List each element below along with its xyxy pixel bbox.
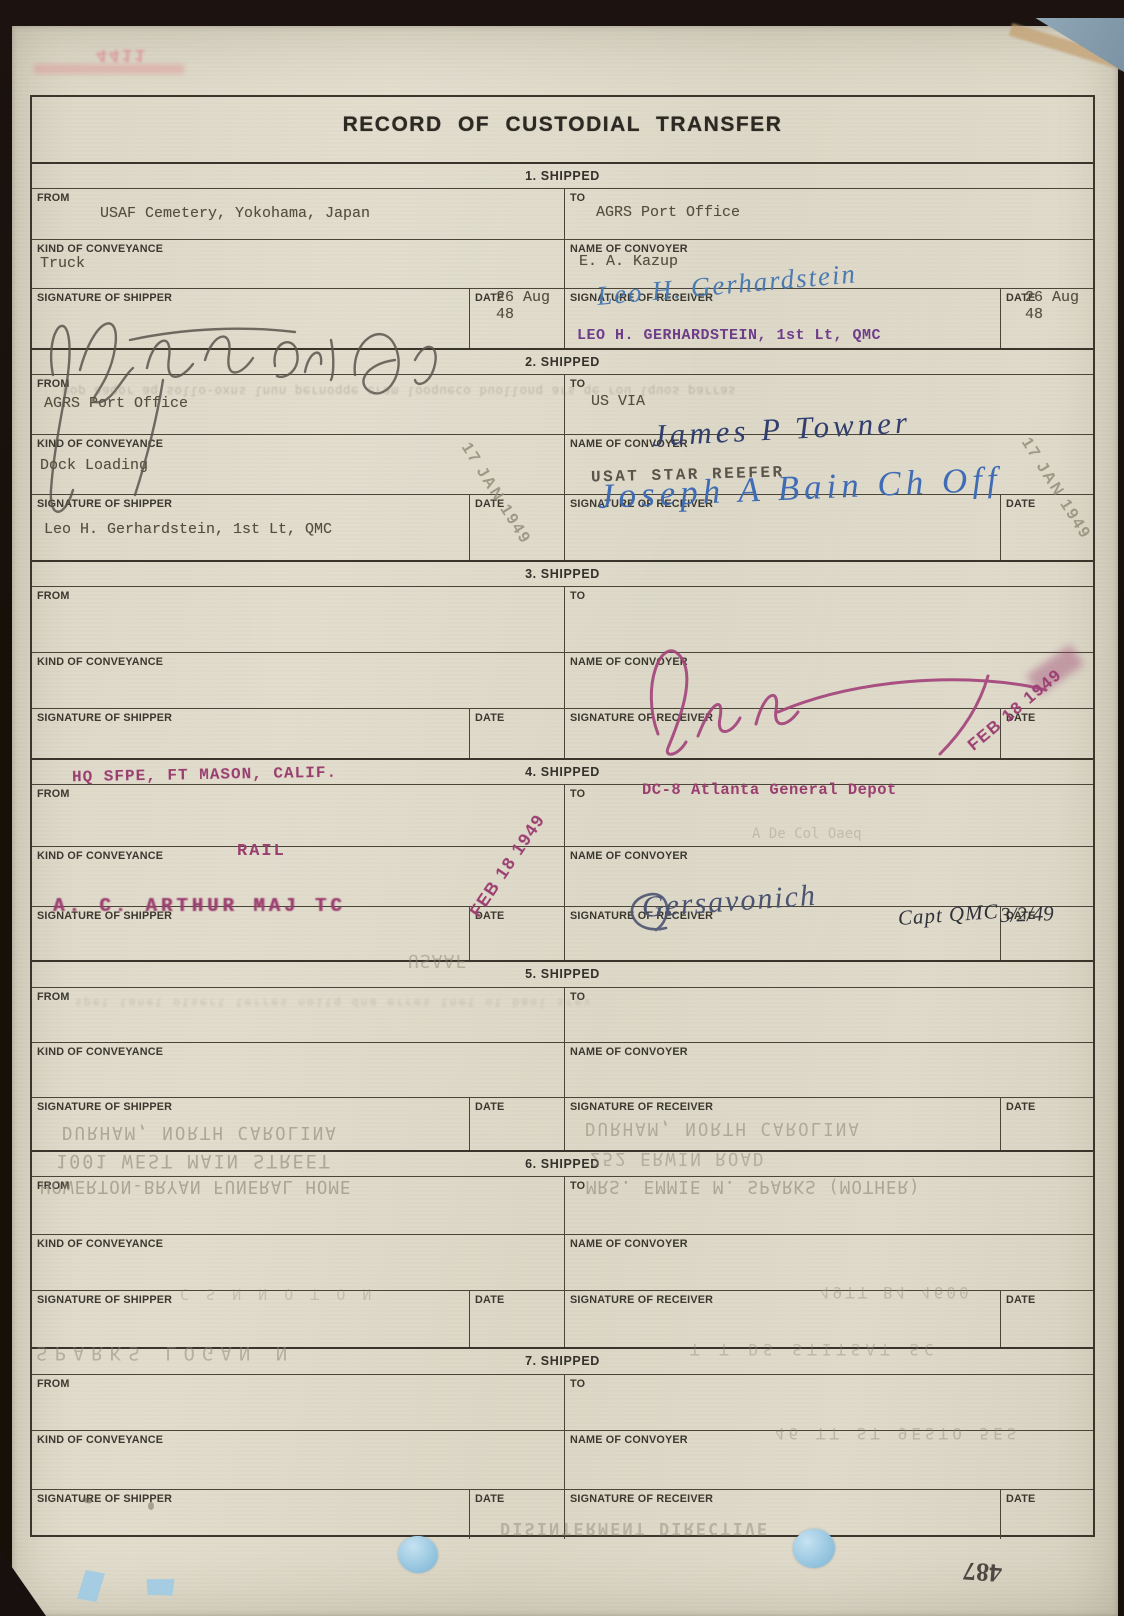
field-label-receiver: SIGNATURE OF RECEIVER — [570, 712, 713, 724]
cell-shipper: SIGNATURE OF SHIPPER — [32, 1490, 469, 1539]
cell-date: DATE26 Aug 48 — [1000, 289, 1097, 348]
cell-receiver: SIGNATURE OF RECEIVER — [564, 907, 1000, 960]
cell-shipper: SIGNATURE OF SHIPPER — [32, 1098, 469, 1150]
cell-date: DATE26 Aug 48 — [469, 289, 564, 348]
field-label-date: DATE — [475, 910, 504, 922]
row-conveyance: KIND OF CONVEYANCETruckNAME OF CONVOYERE… — [32, 239, 1093, 288]
cell-kind: KIND OF CONVEYANCE — [32, 1235, 564, 1290]
field-label-receiver: SIGNATURE OF RECEIVER — [570, 498, 713, 510]
cell-date: DATE — [469, 709, 564, 758]
field-label-receiver: SIGNATURE OF RECEIVER — [570, 1101, 713, 1113]
row-signatures: SIGNATURE OF SHIPPERDATESIGNATURE OF REC… — [32, 906, 1093, 960]
cell-date: DATE — [1000, 1490, 1097, 1539]
field-label-date: DATE — [475, 712, 504, 724]
section-5-header: 5. SHIPPED — [32, 960, 1093, 987]
field-label-convoyer: NAME OF CONVOYER — [570, 1434, 688, 1446]
field-label-shipper: SIGNATURE OF SHIPPER — [37, 1493, 172, 1505]
field-label-kind: KIND OF CONVEYANCE — [37, 656, 163, 668]
field-label-convoyer: NAME OF CONVOYER — [570, 1046, 688, 1058]
cell-date: DATE — [469, 1098, 564, 1150]
cell-convoyer: NAME OF CONVOYER — [564, 1431, 1097, 1489]
cell-kind: KIND OF CONVEYANCEDock Loading — [32, 435, 564, 494]
cell-to: TOAGRS Port Office — [564, 189, 1097, 239]
field-label-receiver: SIGNATURE OF RECEIVER — [570, 292, 713, 304]
field-label-to: TO — [570, 788, 585, 800]
field-label-from: FROM — [37, 991, 70, 1003]
cell-convoyer: NAME OF CONVOYER — [564, 435, 1097, 494]
cell-date: DATE — [1000, 1291, 1097, 1347]
field-label-to: TO — [570, 1180, 585, 1192]
field-label-from: FROM — [37, 378, 70, 390]
cell-date: DATE — [469, 495, 564, 560]
row-conveyance: KIND OF CONVEYANCENAME OF CONVOYER — [32, 1430, 1093, 1489]
field-label-date: DATE — [475, 1294, 504, 1306]
section-1-header: 1. SHIPPED — [32, 162, 1093, 188]
field-label-from: FROM — [37, 192, 70, 204]
cell-kind: KIND OF CONVEYANCE — [32, 1431, 564, 1489]
field-label-receiver: SIGNATURE OF RECEIVER — [570, 910, 713, 922]
field-label-date: DATE — [475, 1493, 504, 1505]
section-header-label: 3. SHIPPED — [525, 567, 600, 581]
field-label-date: DATE — [475, 498, 504, 510]
section-header-label: 6. SHIPPED — [525, 1157, 600, 1171]
field-label-to: TO — [570, 1378, 585, 1390]
field-label-kind: KIND OF CONVEYANCE — [37, 438, 163, 450]
field-label-date: DATE — [1006, 1101, 1035, 1113]
field-label-kind: KIND OF CONVEYANCE — [37, 850, 163, 862]
field-label-date: DATE — [1006, 712, 1035, 724]
cell-shipper: SIGNATURE OF SHIPPER — [32, 907, 469, 960]
field-label-to: TO — [570, 991, 585, 1003]
field-value-kind: Truck — [40, 255, 85, 272]
field-value-to: AGRS Port Office — [596, 204, 740, 221]
cell-from: FROMUSAF Cemetery, Yokohama, Japan — [32, 189, 564, 239]
cell-to: TO — [564, 785, 1097, 846]
field-label-date: DATE — [1006, 1294, 1035, 1306]
field-value-receiver_date: 26 Aug 48 — [1025, 289, 1079, 323]
field-label-date: DATE — [475, 1101, 504, 1113]
field-value-kind: Dock Loading — [40, 457, 148, 474]
cell-date: DATE — [1000, 709, 1097, 758]
cell-from: FROM — [32, 1177, 564, 1234]
section-6-header: 6. SHIPPED — [32, 1150, 1093, 1176]
field-label-kind: KIND OF CONVEYANCE — [37, 243, 163, 255]
cell-to: TOUS VIA — [564, 375, 1097, 434]
document-scan: RECORD OF CUSTODIAL TRANSFER 1. SHIPPEDF… — [0, 0, 1124, 1616]
field-label-from: FROM — [37, 1180, 70, 1192]
field-value-to: US VIA — [591, 393, 645, 410]
row-conveyance: KIND OF CONVEYANCEDock LoadingNAME OF CO… — [32, 434, 1093, 494]
row-signatures: SIGNATURE OF SHIPPERDATESIGNATURE OF REC… — [32, 1097, 1093, 1150]
cell-receiver: SIGNATURE OF RECEIVER — [564, 1490, 1000, 1539]
cell-receiver: SIGNATURE OF RECEIVER — [564, 289, 1000, 348]
cell-from: FROM — [32, 988, 564, 1042]
cell-kind: KIND OF CONVEYANCE — [32, 847, 564, 906]
field-label-to: TO — [570, 590, 585, 602]
row-signatures: SIGNATURE OF SHIPPERDATESIGNATURE OF REC… — [32, 1489, 1093, 1539]
field-label-to: TO — [570, 378, 585, 390]
field-value-shipper: Leo H. Gerhardstein, 1st Lt, QMC — [44, 521, 332, 538]
cell-date: DATE — [1000, 495, 1097, 560]
cell-shipper: SIGNATURE OF SHIPPER — [32, 709, 469, 758]
field-label-convoyer: NAME OF CONVOYER — [570, 438, 688, 450]
section-4-header: 4. SHIPPED — [32, 758, 1093, 784]
cell-shipper: SIGNATURE OF SHIPPER — [32, 1291, 469, 1347]
row-from-to: FROMUSAF Cemetery, Yokohama, JapanTOAGRS… — [32, 188, 1093, 239]
cell-to: TO — [564, 587, 1097, 652]
section-7-header: 7. SHIPPED — [32, 1347, 1093, 1374]
cell-from: FROMAGRS Port Office — [32, 375, 564, 434]
cell-shipper: SIGNATURE OF SHIPPERLeo H. Gerhardstein,… — [32, 495, 469, 560]
field-label-receiver: SIGNATURE OF RECEIVER — [570, 1493, 713, 1505]
section-header-label: 1. SHIPPED — [525, 169, 600, 183]
field-label-to: TO — [570, 192, 585, 204]
cell-from: FROM — [32, 785, 564, 846]
row-conveyance: KIND OF CONVEYANCENAME OF CONVOYER — [32, 1234, 1093, 1290]
field-label-kind: KIND OF CONVEYANCE — [37, 1046, 163, 1058]
field-label-from: FROM — [37, 590, 70, 602]
section-2-header: 2. SHIPPED — [32, 348, 1093, 374]
cell-to: TO — [564, 988, 1097, 1042]
cell-from: FROM — [32, 587, 564, 652]
field-label-from: FROM — [37, 788, 70, 800]
form-title: RECORD OF CUSTODIAL TRANSFER — [32, 113, 1093, 137]
cell-convoyer: NAME OF CONVOYER — [564, 1043, 1097, 1097]
row-from-to: FROMTO — [32, 987, 1093, 1042]
row-from-to: FROMTO — [32, 1374, 1093, 1430]
field-value-convoyer: E. A. Kazup — [579, 253, 678, 270]
row-from-to: FROMTO — [32, 586, 1093, 652]
section-header-label: 5. SHIPPED — [525, 967, 600, 981]
row-signatures: SIGNATURE OF SHIPPERDATESIGNATURE OF REC… — [32, 708, 1093, 758]
row-from-to: FROMAGRS Port OfficeTOUS VIA — [32, 374, 1093, 434]
cell-date: DATE — [1000, 907, 1097, 960]
field-label-convoyer: NAME OF CONVOYER — [570, 1238, 688, 1250]
row-from-to: FROMTO — [32, 784, 1093, 846]
row-from-to: FROMTO — [32, 1176, 1093, 1234]
cell-convoyer: NAME OF CONVOYER — [564, 653, 1097, 708]
field-label-shipper: SIGNATURE OF SHIPPER — [37, 910, 172, 922]
cell-convoyer: NAME OF CONVOYER — [564, 1235, 1097, 1290]
section-3-header: 3. SHIPPED — [32, 560, 1093, 586]
cell-receiver: SIGNATURE OF RECEIVER — [564, 1098, 1000, 1150]
cell-convoyer: NAME OF CONVOYER — [564, 847, 1097, 906]
cell-shipper: SIGNATURE OF SHIPPER — [32, 289, 469, 348]
field-label-from: FROM — [37, 1378, 70, 1390]
cell-receiver: SIGNATURE OF RECEIVER — [564, 1291, 1000, 1347]
field-label-date: DATE — [1006, 910, 1035, 922]
field-label-shipper: SIGNATURE OF SHIPPER — [37, 1101, 172, 1113]
field-label-kind: KIND OF CONVEYANCE — [37, 1434, 163, 1446]
field-label-shipper: SIGNATURE OF SHIPPER — [37, 712, 172, 724]
row-conveyance: KIND OF CONVEYANCENAME OF CONVOYER — [32, 652, 1093, 708]
cell-kind: KIND OF CONVEYANCETruck — [32, 240, 564, 288]
cell-date: DATE — [469, 1291, 564, 1347]
cell-from: FROM — [32, 1375, 564, 1430]
field-value-from: USAF Cemetery, Yokohama, Japan — [100, 205, 370, 222]
row-conveyance: KIND OF CONVEYANCENAME OF CONVOYER — [32, 846, 1093, 906]
field-value-from: AGRS Port Office — [44, 395, 188, 412]
field-label-shipper: SIGNATURE OF SHIPPER — [37, 498, 172, 510]
section-header-label: 4. SHIPPED — [525, 765, 600, 779]
field-label-convoyer: NAME OF CONVOYER — [570, 850, 688, 862]
section-header-label: 7. SHIPPED — [525, 1354, 600, 1368]
field-label-shipper: SIGNATURE OF SHIPPER — [37, 1294, 172, 1306]
field-value-shipper_date: 26 Aug 48 — [496, 289, 550, 323]
cell-receiver: SIGNATURE OF RECEIVER — [564, 495, 1000, 560]
field-label-convoyer: NAME OF CONVOYER — [570, 656, 688, 668]
cell-convoyer: NAME OF CONVOYERE. A. Kazup — [564, 240, 1097, 288]
transfer-form: RECORD OF CUSTODIAL TRANSFER 1. SHIPPEDF… — [30, 95, 1095, 1537]
cell-kind: KIND OF CONVEYANCE — [32, 1043, 564, 1097]
field-label-kind: KIND OF CONVEYANCE — [37, 1238, 163, 1250]
cell-receiver: SIGNATURE OF RECEIVER — [564, 709, 1000, 758]
cell-to: TO — [564, 1177, 1097, 1234]
field-label-receiver: SIGNATURE OF RECEIVER — [570, 1294, 713, 1306]
field-label-shipper: SIGNATURE OF SHIPPER — [37, 292, 172, 304]
section-header-label: 2. SHIPPED — [525, 355, 600, 369]
row-signatures: SIGNATURE OF SHIPPERDATESIGNATURE OF REC… — [32, 1290, 1093, 1347]
field-label-date: DATE — [1006, 498, 1035, 510]
cell-date: DATE — [1000, 1098, 1097, 1150]
row-signatures: SIGNATURE OF SHIPPERLeo H. Gerhardstein,… — [32, 494, 1093, 560]
field-label-date: DATE — [1006, 1493, 1035, 1505]
row-conveyance: KIND OF CONVEYANCENAME OF CONVOYER — [32, 1042, 1093, 1097]
cell-date: DATE — [469, 907, 564, 960]
row-signatures: SIGNATURE OF SHIPPERDATE26 Aug 48SIGNATU… — [32, 288, 1093, 348]
cell-kind: KIND OF CONVEYANCE — [32, 653, 564, 708]
cell-date: DATE — [469, 1490, 564, 1539]
cell-to: TO — [564, 1375, 1097, 1430]
